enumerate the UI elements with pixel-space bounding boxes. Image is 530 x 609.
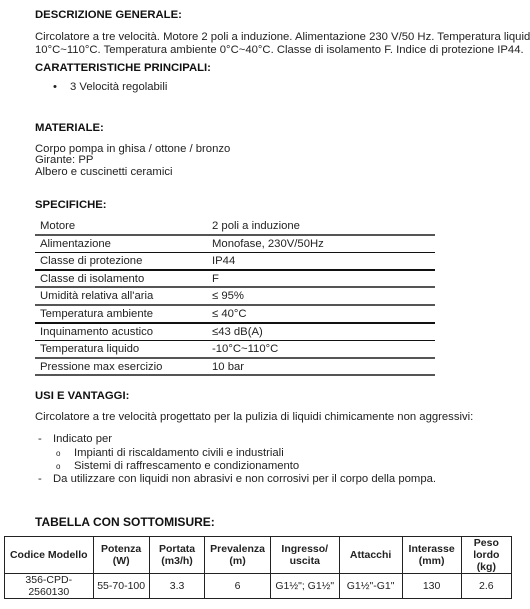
feature-bullet-icon: • — [53, 81, 57, 93]
column-header: Codice Modello — [5, 537, 94, 574]
sizes-header-row: Codice ModelloPotenza(W)Portata(m3/h)Pre… — [5, 537, 512, 574]
spec-key: Classe di isolamento — [40, 273, 144, 285]
table-cell: 55-70-100 — [93, 574, 149, 599]
uses-item-text: Indicato per — [53, 433, 112, 445]
circle-marker-icon: o — [56, 462, 60, 471]
column-header-line: Attacchi — [342, 549, 400, 561]
column-header-line: Interasse — [405, 543, 459, 555]
spec-key: Motore — [40, 220, 75, 232]
spec-key: Classe di protezione — [40, 255, 142, 267]
spec-row: Classe di isolamentoF — [35, 271, 435, 289]
spec-value: ≤ 40°C — [212, 308, 247, 320]
row-divider — [35, 374, 435, 376]
material-line: Albero e cuscinetti ceramici — [35, 166, 230, 179]
table-cell: G1½"-G1" — [339, 574, 402, 599]
uses-heading: USI E VANTAGGI: — [35, 390, 129, 402]
spec-value: F — [212, 273, 219, 285]
table-row: 356-CPD-256013055-70-1003.36G1½"; G1½"G1… — [5, 574, 512, 599]
column-header: Interasse(mm) — [402, 537, 461, 574]
column-header-line: (kg) — [464, 561, 509, 573]
table-cell: 356-CPD-2560130 — [5, 574, 94, 599]
spec-row: Inquinamento acustico≤43 dB(A) — [35, 324, 435, 342]
spec-key: Inquinamento acustico — [40, 326, 153, 338]
general-line: Circolatore a tre velocità. Motore 2 pol… — [35, 31, 530, 44]
feature-item: 3 Velocità regolabili — [70, 81, 167, 93]
column-header-line: uscita — [273, 555, 337, 567]
spec-row: Classe di protezioneIP44 — [35, 253, 435, 271]
table-cell: 3.3 — [149, 574, 204, 599]
circle-marker-icon: o — [56, 449, 60, 458]
spec-value: -10°C~110°C — [212, 343, 278, 355]
spec-value: ≤ 95% — [212, 290, 244, 302]
column-header-line: Portata — [152, 543, 202, 555]
uses-intro: Circolatore a tre velocità progettato pe… — [35, 411, 473, 423]
dash-marker-icon: - — [38, 473, 42, 485]
general-description: Circolatore a tre velocità. Motore 2 pol… — [35, 31, 530, 57]
spec-key: Alimentazione — [40, 238, 111, 250]
spec-key: Umidità relativa all'aria — [40, 290, 153, 302]
spec-row: Temperatura liquido-10°C~110°C — [35, 341, 435, 359]
uses-subitem-text: Sistemi di raffrescamento e condizioname… — [74, 460, 299, 472]
general-heading: DESCRIZIONE GENERALE: — [35, 9, 182, 21]
material-heading: MATERIALE: — [35, 122, 104, 134]
column-header-line: (W) — [96, 555, 147, 567]
table-cell: G1½"; G1½" — [270, 574, 339, 599]
spec-value: Monofase, 230V/50Hz — [212, 238, 324, 250]
uses-subitem-text: Impianti di riscaldamento civili e indus… — [74, 447, 284, 459]
column-header-line: lordo — [464, 549, 509, 561]
column-header-line: Potenza — [96, 543, 147, 555]
table-cell: 6 — [205, 574, 271, 599]
spec-row: AlimentazioneMonofase, 230V/50Hz — [35, 236, 435, 254]
spec-row: Umidità relativa all'aria≤ 95% — [35, 288, 435, 306]
spec-value: 10 bar — [212, 361, 244, 373]
table-cell: 2.6 — [461, 574, 511, 599]
uses-item-text: Da utilizzare con liquidi non abrasivi e… — [53, 473, 436, 485]
spec-row: Motore2 poli a induzione — [35, 218, 435, 236]
features-heading: CARATTERISTICHE PRINCIPALI: — [35, 62, 211, 74]
dash-marker-icon: - — [38, 433, 42, 445]
column-header-line: Prevalenza — [207, 543, 268, 555]
spec-key: Pressione max esercizio — [40, 361, 162, 373]
spec-value: ≤43 dB(A) — [212, 326, 263, 338]
table-cell: 130 — [402, 574, 461, 599]
column-header-line: Codice Modello — [7, 549, 91, 561]
column-header-line: (m) — [207, 555, 268, 567]
specs-table: Motore2 poli a induzioneAlimentazioneMon… — [35, 218, 435, 376]
spec-value: IP44 — [212, 255, 235, 267]
column-header-line: (m3/h) — [152, 555, 202, 567]
general-line: 10°C~110°C. Temperatura ambiente 0°C~40°… — [35, 44, 530, 57]
spec-row: Pressione max esercizio10 bar — [35, 359, 435, 377]
column-header-line: (mm) — [405, 555, 459, 567]
specs-heading: SPECIFICHE: — [35, 199, 107, 211]
sizes-table: Codice ModelloPotenza(W)Portata(m3/h)Pre… — [4, 536, 512, 599]
spec-row: Temperatura ambiente≤ 40°C — [35, 306, 435, 324]
column-header: Portata(m3/h) — [149, 537, 204, 574]
spec-value: 2 poli a induzione — [212, 220, 300, 232]
column-header: Potenza(W) — [93, 537, 149, 574]
column-header-line: Peso — [464, 537, 509, 549]
spec-key: Temperatura liquido — [40, 343, 139, 355]
column-header-line: Ingresso/ — [273, 543, 337, 555]
material-list: Corpo pompa in ghisa / ottone / bronzo G… — [35, 143, 230, 179]
column-header: Attacchi — [339, 537, 402, 574]
column-header: Prevalenza(m) — [205, 537, 271, 574]
column-header: Ingresso/uscita — [270, 537, 339, 574]
sizes-heading: TABELLA CON SOTTOMISURE: — [35, 515, 215, 529]
spec-key: Temperatura ambiente — [40, 308, 153, 320]
column-header: Pesolordo(kg) — [461, 537, 511, 574]
